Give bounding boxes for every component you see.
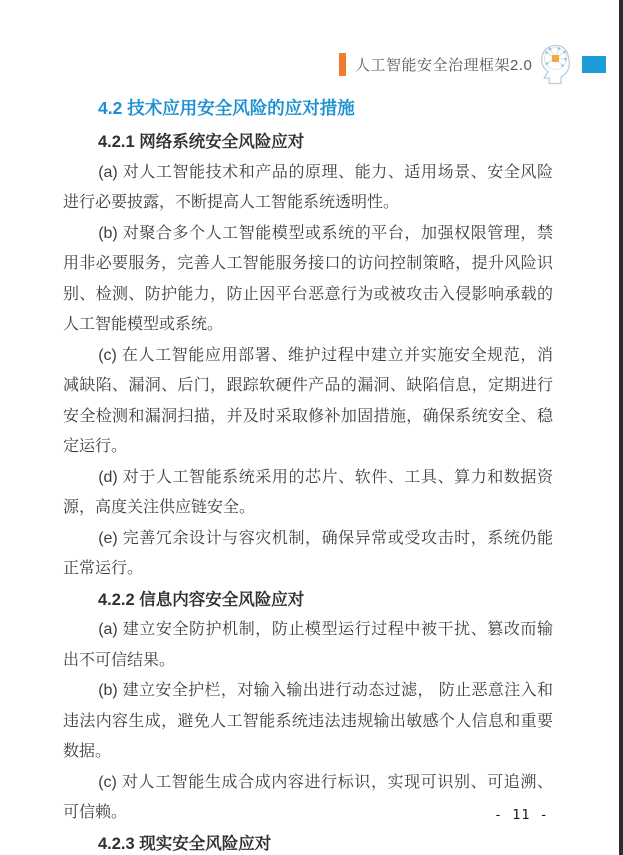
subsection-heading-421: 4.2.1 网络系统安全风险应对	[98, 127, 553, 158]
subsection-heading-423: 4.2.3 现实安全风险应对	[98, 829, 553, 855]
header-accent-bar	[339, 53, 346, 76]
body-paragraph: (c) 对人工智能生成合成内容进行标识，实现可识别、可追溯、可信赖。	[63, 768, 553, 829]
body-paragraph: (e) 完善冗余设计与容灾机制，确保异常或受攻击时，系统仍能正常运行。	[63, 524, 553, 585]
section-title: 4.2 技术应用安全风险的应对措施	[98, 93, 553, 123]
subsection-heading-422: 4.2.2 信息内容安全风险应对	[98, 585, 553, 616]
body-paragraph: (c) 在人工智能应用部署、维护过程中建立并实施安全规范，消减缺陷、漏洞、后门，…	[63, 341, 553, 463]
scan-edge-line	[619, 0, 623, 855]
header-accent-rect	[582, 56, 606, 73]
body-paragraph: (a) 对人工智能技术和产品的原理、能力、适用场景、安全风险进行必要披露，不断提…	[63, 158, 553, 219]
body-paragraph: (d) 对于人工智能系统采用的芯片、软件、工具、算力和数据资源，高度关注供应链安…	[63, 463, 553, 524]
header-brand-text: 人工智能安全治理框架2.0	[355, 54, 532, 75]
body-paragraph: (b) 对聚合多个人工智能模型或系统的平台，加强权限管理，禁用非必要服务，完善人…	[63, 219, 553, 341]
page-header: 人工智能安全治理框架2.0	[339, 42, 606, 86]
body-paragraph: (b) 建立安全护栏，对输入输出进行动态过滤， 防止恶意注入和违法内容生成，避免…	[63, 676, 553, 768]
document-body: 4.2 技术应用安全风险的应对措施 4.2.1 网络系统安全风险应对 (a) 对…	[63, 93, 553, 855]
ai-brain-head-icon	[535, 43, 575, 85]
document-page: 人工智能安全治理框架2.0 4.2 技术应用安全风险的应对措施 4.2.1 网络…	[0, 0, 623, 855]
body-paragraph: (a) 建立安全防护机制，防止模型运行过程中被干扰、篡改而输出不可信结果。	[63, 615, 553, 676]
page-number: - 11 -	[494, 807, 549, 823]
